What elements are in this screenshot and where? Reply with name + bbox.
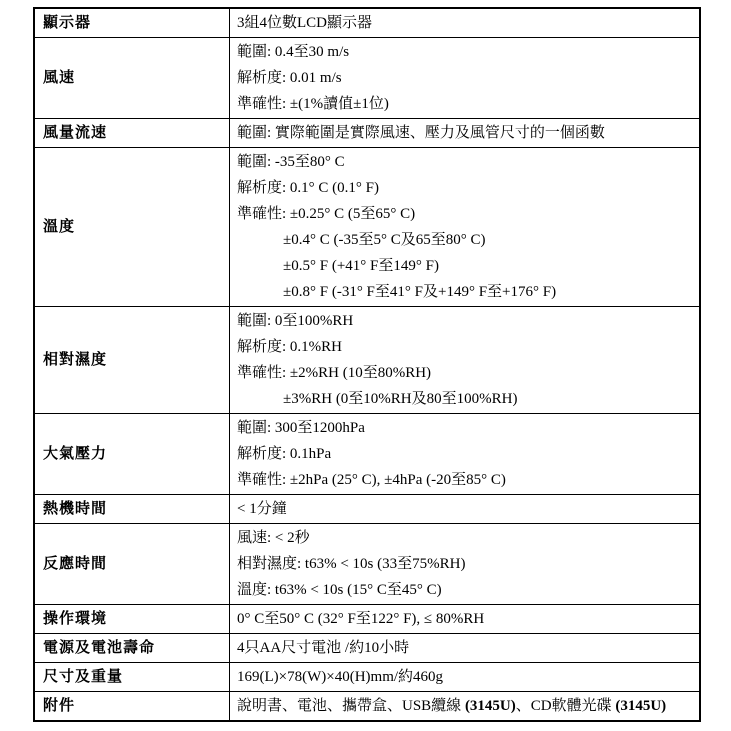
spec-text-segment: ±3%RH (0至10%RH及80至100%RH) (283, 391, 517, 407)
spec-text-segment: ±0.8° F (-31° F至41° F及+149° F至+176° F) (283, 284, 556, 300)
spec-value: 範圍: 0.4至30 m/s解析度: 0.01 m/s準確性: ±(1%讀值±1… (230, 38, 701, 119)
spec-text-segment: 範圍: 0.4至30 m/s (237, 44, 349, 60)
spec-line: < 1分鐘 (237, 496, 695, 522)
spec-line: 3組4位數LCD顯示器 (237, 10, 695, 36)
spec-sheet-page: 顯示器3組4位數LCD顯示器風速範圍: 0.4至30 m/s解析度: 0.01 … (0, 0, 731, 731)
spec-row: 反應時間風速: < 2秒相對濕度: t63% < 10s (33至75%RH)溫… (34, 524, 700, 605)
spec-text-segment: 4只AA尺寸電池 /約10小時 (237, 640, 409, 656)
spec-row: 尺寸及重量169(L)×78(W)×40(H)mm/約460g (34, 663, 700, 692)
spec-line: ±0.8° F (-31° F至41° F及+149° F至+176° F) (237, 279, 695, 305)
spec-text-segment: 風速: < 2秒 (237, 530, 310, 546)
spec-value: 4只AA尺寸電池 /約10小時 (230, 634, 701, 663)
spec-label: 風量流速 (34, 119, 230, 148)
spec-text-segment: ±0.4° C (-35至5° C及65至80° C) (283, 232, 485, 248)
spec-line: 相對濕度: t63% < 10s (33至75%RH) (237, 551, 695, 577)
spec-text-segment: 準確性: ±(1%讀值±1位) (237, 96, 389, 112)
spec-text-segment: 準確性: ±2hPa (25° C), ±4hPa (-20至85° C) (237, 472, 506, 488)
spec-label: 熱機時間 (34, 495, 230, 524)
spec-line: 解析度: 0.1° C (0.1° F) (237, 175, 695, 201)
spec-text-segment: 說明書、電池、攜帶盒、USB纜線 (237, 698, 465, 714)
spec-label: 尺寸及重量 (34, 663, 230, 692)
spec-value: 範圍: 實際範圍是實際風速、壓力及風管尺寸的一個函數 (230, 119, 701, 148)
spec-text-segment: (3145U) (615, 698, 666, 714)
spec-text-segment: 解析度: 0.1° C (0.1° F) (237, 180, 379, 196)
spec-line: 準確性: ±2%RH (10至80%RH) (237, 360, 695, 386)
spec-label: 風速 (34, 38, 230, 119)
spec-line: 準確性: ±0.25° C (5至65° C) (237, 201, 695, 227)
spec-line: 解析度: 0.01 m/s (237, 65, 695, 91)
spec-value: 範圍: 0至100%RH解析度: 0.1%RH準確性: ±2%RH (10至80… (230, 307, 701, 414)
spec-value: 說明書、電池、攜帶盒、USB纜線 (3145U)、CD軟體光碟 (3145U) (230, 692, 701, 722)
spec-line: 範圍: 300至1200hPa (237, 415, 695, 441)
spec-row: 大氣壓力範圍: 300至1200hPa解析度: 0.1hPa準確性: ±2hPa… (34, 414, 700, 495)
spec-line: ±0.4° C (-35至5° C及65至80° C) (237, 227, 695, 253)
spec-value: 169(L)×78(W)×40(H)mm/約460g (230, 663, 701, 692)
spec-line: 範圍: 0至100%RH (237, 308, 695, 334)
spec-value: < 1分鐘 (230, 495, 701, 524)
spec-value: 風速: < 2秒相對濕度: t63% < 10s (33至75%RH)溫度: t… (230, 524, 701, 605)
spec-line: 準確性: ±(1%讀值±1位) (237, 91, 695, 117)
spec-line: 風速: < 2秒 (237, 525, 695, 551)
spec-text-segment: 相對濕度: t63% < 10s (33至75%RH) (237, 556, 465, 572)
spec-line: 169(L)×78(W)×40(H)mm/約460g (237, 664, 695, 690)
spec-table-body: 顯示器3組4位數LCD顯示器風速範圍: 0.4至30 m/s解析度: 0.01 … (34, 8, 700, 721)
spec-line: 解析度: 0.1hPa (237, 441, 695, 467)
spec-text-segment: 範圍: 實際範圍是實際風速、壓力及風管尺寸的一個函數 (237, 125, 605, 141)
spec-row: 操作環境0° C至50° C (32° F至122° F), ≤ 80%RH (34, 605, 700, 634)
spec-line: 解析度: 0.1%RH (237, 334, 695, 360)
spec-text-segment: 3組4位數LCD顯示器 (237, 15, 372, 31)
spec-text-segment: (3145U) (465, 698, 516, 714)
spec-text-segment: 準確性: ±2%RH (10至80%RH) (237, 365, 431, 381)
spec-line: 範圍: -35至80° C (237, 149, 695, 175)
spec-row: 風量流速範圍: 實際範圍是實際風速、壓力及風管尺寸的一個函數 (34, 119, 700, 148)
spec-text-segment: 解析度: 0.1hPa (237, 446, 331, 462)
spec-label: 大氣壓力 (34, 414, 230, 495)
spec-line: ±0.5° F (+41° F至149° F) (237, 253, 695, 279)
spec-row: 附件說明書、電池、攜帶盒、USB纜線 (3145U)、CD軟體光碟 (3145U… (34, 692, 700, 722)
spec-row: 風速範圍: 0.4至30 m/s解析度: 0.01 m/s準確性: ±(1%讀值… (34, 38, 700, 119)
spec-row: 電源及電池壽命4只AA尺寸電池 /約10小時 (34, 634, 700, 663)
spec-line: 範圍: 實際範圍是實際風速、壓力及風管尺寸的一個函數 (237, 120, 695, 146)
spec-text-segment: 準確性: ±0.25° C (5至65° C) (237, 206, 415, 222)
spec-table: 顯示器3組4位數LCD顯示器風速範圍: 0.4至30 m/s解析度: 0.01 … (33, 7, 701, 722)
spec-label: 操作環境 (34, 605, 230, 634)
spec-label: 電源及電池壽命 (34, 634, 230, 663)
spec-row: 熱機時間< 1分鐘 (34, 495, 700, 524)
spec-line: 範圍: 0.4至30 m/s (237, 39, 695, 65)
spec-text-segment: 、CD軟體光碟 (516, 698, 616, 714)
spec-text-segment: ±0.5° F (+41° F至149° F) (283, 258, 439, 274)
spec-line: 溫度: t63% < 10s (15° C至45° C) (237, 577, 695, 603)
spec-line: 說明書、電池、攜帶盒、USB纜線 (3145U)、CD軟體光碟 (3145U) (237, 693, 695, 719)
spec-text-segment: 範圍: 0至100%RH (237, 313, 353, 329)
spec-line: ±3%RH (0至10%RH及80至100%RH) (237, 386, 695, 412)
spec-line: 4只AA尺寸電池 /約10小時 (237, 635, 695, 661)
spec-line: 0° C至50° C (32° F至122° F), ≤ 80%RH (237, 606, 695, 632)
spec-label: 附件 (34, 692, 230, 722)
spec-text-segment: 溫度: t63% < 10s (15° C至45° C) (237, 582, 442, 598)
spec-text-segment: 範圍: 300至1200hPa (237, 420, 365, 436)
spec-line: 準確性: ±2hPa (25° C), ±4hPa (-20至85° C) (237, 467, 695, 493)
spec-value: 0° C至50° C (32° F至122° F), ≤ 80%RH (230, 605, 701, 634)
spec-text-segment: 解析度: 0.1%RH (237, 339, 342, 355)
spec-text-segment: < 1分鐘 (237, 501, 287, 517)
spec-text-segment: 解析度: 0.01 m/s (237, 70, 342, 86)
spec-text-segment: 0° C至50° C (32° F至122° F), ≤ 80%RH (237, 611, 484, 627)
spec-value: 3組4位數LCD顯示器 (230, 8, 701, 38)
spec-text-segment: 169(L)×78(W)×40(H)mm/約460g (237, 669, 443, 685)
spec-label: 反應時間 (34, 524, 230, 605)
spec-row: 相對濕度範圍: 0至100%RH解析度: 0.1%RH準確性: ±2%RH (1… (34, 307, 700, 414)
spec-label: 顯示器 (34, 8, 230, 38)
spec-row: 顯示器3組4位數LCD顯示器 (34, 8, 700, 38)
spec-label: 溫度 (34, 148, 230, 307)
spec-value: 範圍: 300至1200hPa解析度: 0.1hPa準確性: ±2hPa (25… (230, 414, 701, 495)
spec-label: 相對濕度 (34, 307, 230, 414)
spec-text-segment: 範圍: -35至80° C (237, 154, 345, 170)
spec-row: 溫度範圍: -35至80° C解析度: 0.1° C (0.1° F)準確性: … (34, 148, 700, 307)
spec-value: 範圍: -35至80° C解析度: 0.1° C (0.1° F)準確性: ±0… (230, 148, 701, 307)
